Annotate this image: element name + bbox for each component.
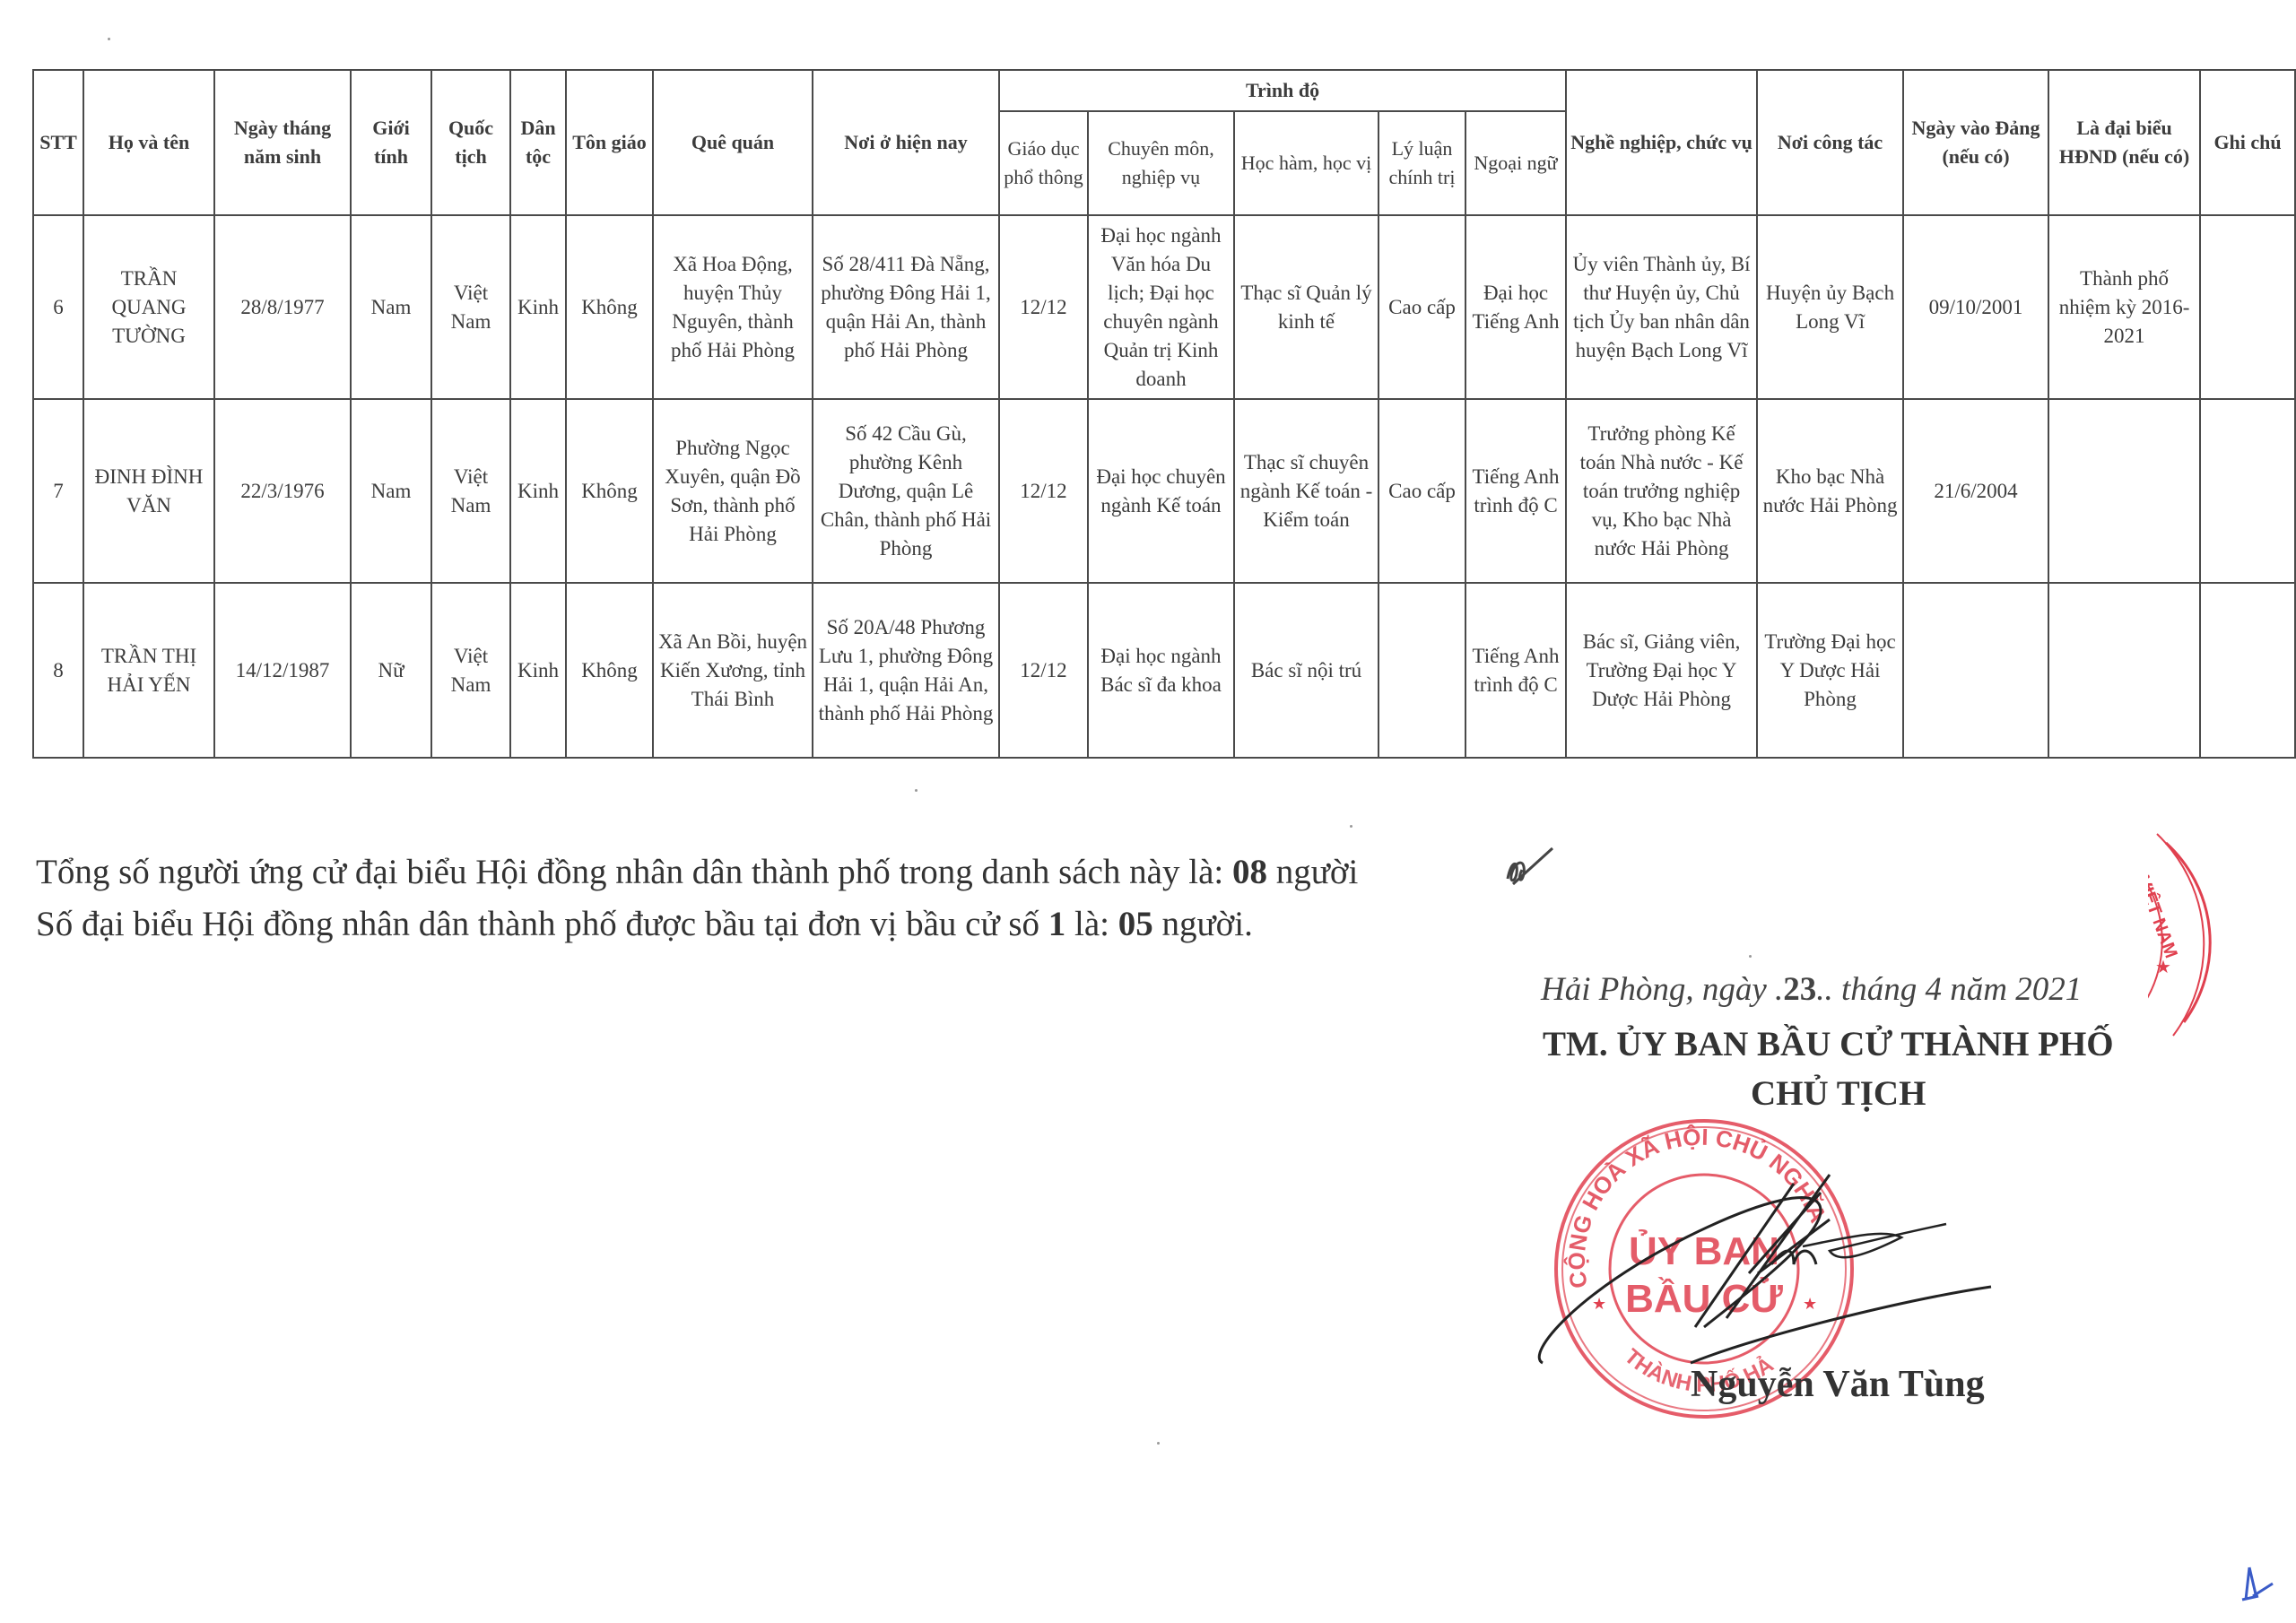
cell-noi-cong-tac: Trường Đại học Y Dược Hải Phòng: [1757, 583, 1903, 758]
cell-que-quan: Phường Ngọc Xuyên, quận Đồ Sơn, thành ph…: [653, 399, 813, 583]
handwritten-correction-mark: [1502, 843, 1556, 890]
header-ngoai-ngu: Ngoại ngữ: [1465, 111, 1566, 215]
cell-giao-duc: 12/12: [999, 399, 1088, 583]
cell-noi-cong-tac: Huyện ủy Bạch Long Vĩ: [1757, 215, 1903, 399]
svg-text:★: ★: [2155, 956, 2171, 977]
scan-speck: [1749, 955, 1752, 958]
scan-speck: [1157, 1442, 1160, 1445]
partial-stamp: VIỆT NAM ★: [2148, 825, 2296, 1040]
cell-hoc-ham: Thạc sĩ Quản lý kinh tế: [1234, 215, 1378, 399]
cell-stt: 7: [33, 399, 83, 583]
header-quoc-tich: Quốc tịch: [431, 70, 510, 215]
cell-gioi-tinh: Nữ: [351, 583, 431, 758]
cell-chuyen-mon: Đại học ngành Bác sĩ đa khoa: [1088, 583, 1234, 758]
cell-ghi-chu: [2200, 399, 2295, 583]
cell-ngay-sinh: 14/12/1987: [214, 583, 351, 758]
svg-text:VIỆT NAM: VIỆT NAM: [2148, 873, 2183, 961]
cell-que-quan: Xã An Bồi, huyện Kiến Xương, tỉnh Thái B…: [653, 583, 813, 758]
cell-ngay-sinh: 28/8/1977: [214, 215, 351, 399]
cell-ly-luan: Cao cấp: [1378, 399, 1465, 583]
header-ghi-chu: Ghi chú: [2200, 70, 2295, 215]
cell-dan-toc: Kinh: [510, 215, 566, 399]
cell-quoc-tich: Việt Nam: [431, 399, 510, 583]
date-suffix: .. tháng 4 năm 2021: [1816, 971, 2082, 1008]
scan-speck: [1350, 825, 1352, 828]
table-header-row: STT Họ và tên Ngày tháng năm sinh Giới t…: [33, 70, 2295, 111]
cell-noi-o: Số 42 Cầu Gù, phường Kênh Dương, quận Lê…: [813, 399, 999, 583]
signer-name: Nguyễn Văn Tùng: [1691, 1363, 1985, 1406]
cell-ho-ten: TRẦN QUANG TƯỜNG: [83, 215, 214, 399]
cell-ghi-chu: [2200, 215, 2295, 399]
elected-prefix: Số đại biểu Hội đồng nhân dân thành phố …: [36, 905, 1048, 943]
place-date-line: Hải Phòng, ngày .23.. tháng 4 năm 2021: [1541, 970, 2082, 1009]
header-ton-giao: Tôn giáo: [566, 70, 653, 215]
cell-ton-giao: Không: [566, 399, 653, 583]
cell-hoc-ham: Thạc sĩ chuyên ngành Kế toán - Kiểm toán: [1234, 399, 1378, 583]
cell-nghe-nghiep: Bác sĩ, Giảng viên, Trường Đại học Y Dượ…: [1566, 583, 1757, 758]
cell-ngoai-ngu: Tiếng Anh trình độ C: [1465, 399, 1566, 583]
cell-ho-ten: TRẦN THỊ HẢI YẾN: [83, 583, 214, 758]
day-handwritten: 23: [1783, 971, 1816, 1008]
cell-ngay-vao-dang: [1903, 583, 2048, 758]
cell-stt: 8: [33, 583, 83, 758]
total-count: 08: [1232, 853, 1267, 891]
cell-ho-ten: ĐINH ĐÌNH VĂN: [83, 399, 214, 583]
header-chuyen-mon: Chuyên môn, nghiệp vụ: [1088, 111, 1234, 215]
cell-ngay-vao-dang: 09/10/2001: [1903, 215, 2048, 399]
cell-ton-giao: Không: [566, 215, 653, 399]
cell-ngoai-ngu: Tiếng Anh trình độ C: [1465, 583, 1566, 758]
table-row: 8TRẦN THỊ HẢI YẾN14/12/1987NữViệt NamKin…: [33, 583, 2295, 758]
header-noi-cong-tac: Nơi công tác: [1757, 70, 1903, 215]
cell-gioi-tinh: Nam: [351, 399, 431, 583]
cell-que-quan: Xã Hoa Động, huyện Thủy Nguyên, thành ph…: [653, 215, 813, 399]
table-row: 6TRẦN QUANG TƯỜNG28/8/1977NamViệt NamKin…: [33, 215, 2295, 399]
cell-dan-toc: Kinh: [510, 583, 566, 758]
elected-count-text: Số đại biểu Hội đồng nhân dân thành phố …: [36, 904, 1253, 944]
cell-ngay-sinh: 22/3/1976: [214, 399, 351, 583]
cell-ton-giao: Không: [566, 583, 653, 758]
cell-noi-cong-tac: Kho bạc Nhà nước Hải Phòng: [1757, 399, 1903, 583]
cell-ly-luan: Cao cấp: [1378, 215, 1465, 399]
cell-quoc-tich: Việt Nam: [431, 215, 510, 399]
cell-noi-o: Số 20A/48 Phương Lưu 1, phường Đông Hải …: [813, 583, 999, 758]
cell-dai-bieu-hdnd: [2048, 583, 2200, 758]
elected-mid: là:: [1065, 905, 1118, 943]
scan-speck: [108, 38, 110, 40]
table-row: 7ĐINH ĐÌNH VĂN22/3/1976NamViệt NamKinhKh…: [33, 399, 2295, 583]
header-stt: STT: [33, 70, 83, 215]
header-que-quan: Quê quán: [653, 70, 813, 215]
cell-ly-luan: [1378, 583, 1465, 758]
header-ngay-sinh: Ngày tháng năm sinh: [214, 70, 351, 215]
cell-stt: 6: [33, 215, 83, 399]
cell-ghi-chu: [2200, 583, 2295, 758]
total-prefix: Tổng số người ứng cử đại biểu Hội đồng n…: [36, 853, 1232, 891]
cell-ngoai-ngu: Đại học Tiếng Anh: [1465, 215, 1566, 399]
cell-quoc-tich: Việt Nam: [431, 583, 510, 758]
cell-ngay-vao-dang: 21/6/2004: [1903, 399, 2048, 583]
document-page: STT Họ và tên Ngày tháng năm sinh Giới t…: [0, 0, 2296, 1623]
place-prefix: Hải Phòng, ngày .: [1541, 971, 1783, 1008]
header-gioi-tinh: Giới tính: [351, 70, 431, 215]
cell-giao-duc: 12/12: [999, 583, 1088, 758]
header-ho-ten: Họ và tên: [83, 70, 214, 215]
organization-title: TM. ỦY BAN BẦU CỬ THÀNH PHỐ: [1543, 1024, 2114, 1064]
cell-chuyen-mon: Đại học chuyên ngành Kế toán: [1088, 399, 1234, 583]
cell-nghe-nghiep: Trưởng phòng Kế toán Nhà nước - Kế toán …: [1566, 399, 1757, 583]
header-nghe-nghiep: Nghề nghiệp, chức vụ: [1566, 70, 1757, 215]
header-trinh-do: Trình độ: [999, 70, 1566, 111]
header-dai-bieu-hdnd: Là đại biểu HĐND (nếu có): [2048, 70, 2200, 215]
header-ngay-vao-dang: Ngày vào Đảng (nếu có): [1903, 70, 2048, 215]
cell-noi-o: Số 28/411 Đà Nẵng, phường Đông Hải 1, qu…: [813, 215, 999, 399]
header-dan-toc: Dân tộc: [510, 70, 566, 215]
elected-suffix: người.: [1153, 905, 1253, 943]
cell-chuyen-mon: Đại học ngành Văn hóa Du lịch; Đại học c…: [1088, 215, 1234, 399]
elected-count: 05: [1118, 905, 1153, 943]
cell-gioi-tinh: Nam: [351, 215, 431, 399]
cell-hoc-ham: Bác sĩ nội trú: [1234, 583, 1378, 758]
total-suffix: người: [1267, 853, 1358, 891]
cell-nghe-nghiep: Ủy viên Thành ủy, Bí thư Huyện ủy, Chủ t…: [1566, 215, 1757, 399]
candidate-table: STT Họ và tên Ngày tháng năm sinh Giới t…: [32, 69, 2296, 759]
electoral-unit-number: 1: [1048, 905, 1066, 943]
handwritten-signature: [1525, 1139, 2081, 1372]
cell-giao-duc: 12/12: [999, 215, 1088, 399]
handwritten-initial-mark: [2233, 1560, 2278, 1605]
header-ly-luan: Lý luận chính trị: [1378, 111, 1465, 215]
header-noi-o: Nơi ở hiện nay: [813, 70, 999, 215]
cell-dai-bieu-hdnd: [2048, 399, 2200, 583]
total-candidates-text: Tổng số người ứng cử đại biểu Hội đồng n…: [36, 852, 1358, 892]
header-giao-duc: Giáo dục phổ thông: [999, 111, 1088, 215]
cell-dan-toc: Kinh: [510, 399, 566, 583]
cell-dai-bieu-hdnd: Thành phố nhiệm kỳ 2016-2021: [2048, 215, 2200, 399]
scan-speck: [915, 789, 918, 792]
header-hoc-ham: Học hàm, học vị: [1234, 111, 1378, 215]
